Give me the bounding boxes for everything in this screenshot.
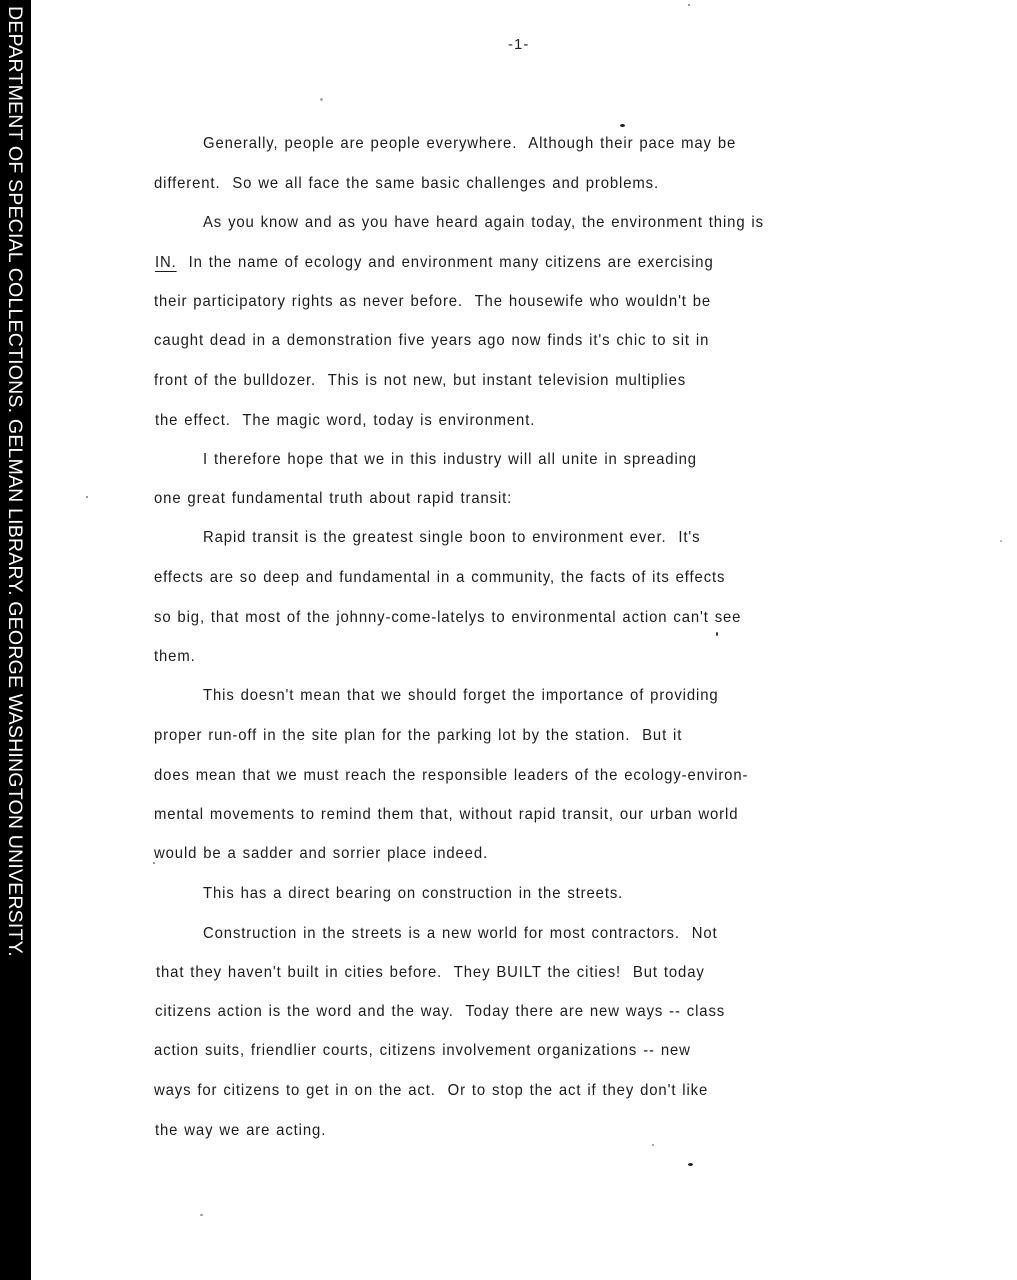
text-line: action suits, friendlier courts, citizen… [154, 1042, 691, 1060]
scan-speck [688, 4, 690, 6]
text-line: As you know and as you have heard again … [203, 214, 764, 232]
text-line: Construction in the streets is a new wor… [203, 925, 718, 943]
page-number: -1- [508, 36, 529, 53]
text-line: mental movements to remind them that, wi… [154, 806, 738, 824]
archive-banner: DEPARTMENT OF SPECIAL COLLECTIONS. GELMA… [0, 0, 31, 1280]
text-line: ways for citizens to get in on the act. … [154, 1082, 708, 1100]
scan-speck [652, 1144, 654, 1146]
archive-banner-text: DEPARTMENT OF SPECIAL COLLECTIONS. GELMA… [4, 6, 26, 957]
text-line: caught dead in a demonstration five year… [154, 332, 709, 350]
text-line: front of the bulldozer. This is not new,… [154, 372, 686, 390]
text-line: would be a sadder and sorrier place inde… [154, 845, 488, 863]
text-line: different. So we all face the same basic… [154, 175, 659, 193]
text-line: Rapid transit is the greatest single boo… [203, 529, 700, 547]
scan-speck [86, 496, 88, 498]
text-line: effects are so deep and fundamental in a… [154, 569, 725, 587]
text-line: one great fundamental truth about rapid … [154, 490, 512, 508]
scan-speck [153, 862, 155, 864]
text-line: I therefore hope that we in this industr… [203, 451, 697, 469]
text-line: that they haven't built in cities before… [156, 964, 705, 982]
scan-speck [716, 632, 718, 636]
scan-speck [688, 1163, 693, 1166]
text-line: the way we are acting. [155, 1122, 326, 1140]
text-line: their participatory rights as never befo… [154, 293, 711, 311]
emphasis-word: IN. [155, 254, 177, 271]
text-line: This has a direct bearing on constructio… [203, 885, 623, 903]
text-line: the effect. The magic word, today is env… [155, 412, 535, 430]
text-line: Generally, people are people everywhere.… [203, 135, 736, 153]
scan-speck [320, 98, 323, 101]
text-line: them. [154, 648, 196, 666]
scan-speck [1000, 540, 1002, 542]
scan-speck [200, 1214, 203, 1216]
text-line: does mean that we must reach the respons… [154, 767, 748, 785]
text-line: citizens action is the word and the way.… [155, 1003, 725, 1021]
text-line: IN. In the name of ecology and environme… [155, 254, 714, 272]
text-line: proper run-off in the site plan for the … [154, 727, 682, 745]
scan-speck [620, 124, 625, 127]
text-line: This doesn't mean that we should forget … [203, 687, 719, 705]
text-line-rest: In the name of ecology and environment m… [189, 254, 714, 271]
text-line: so big, that most of the johnny-come-lat… [154, 609, 741, 627]
